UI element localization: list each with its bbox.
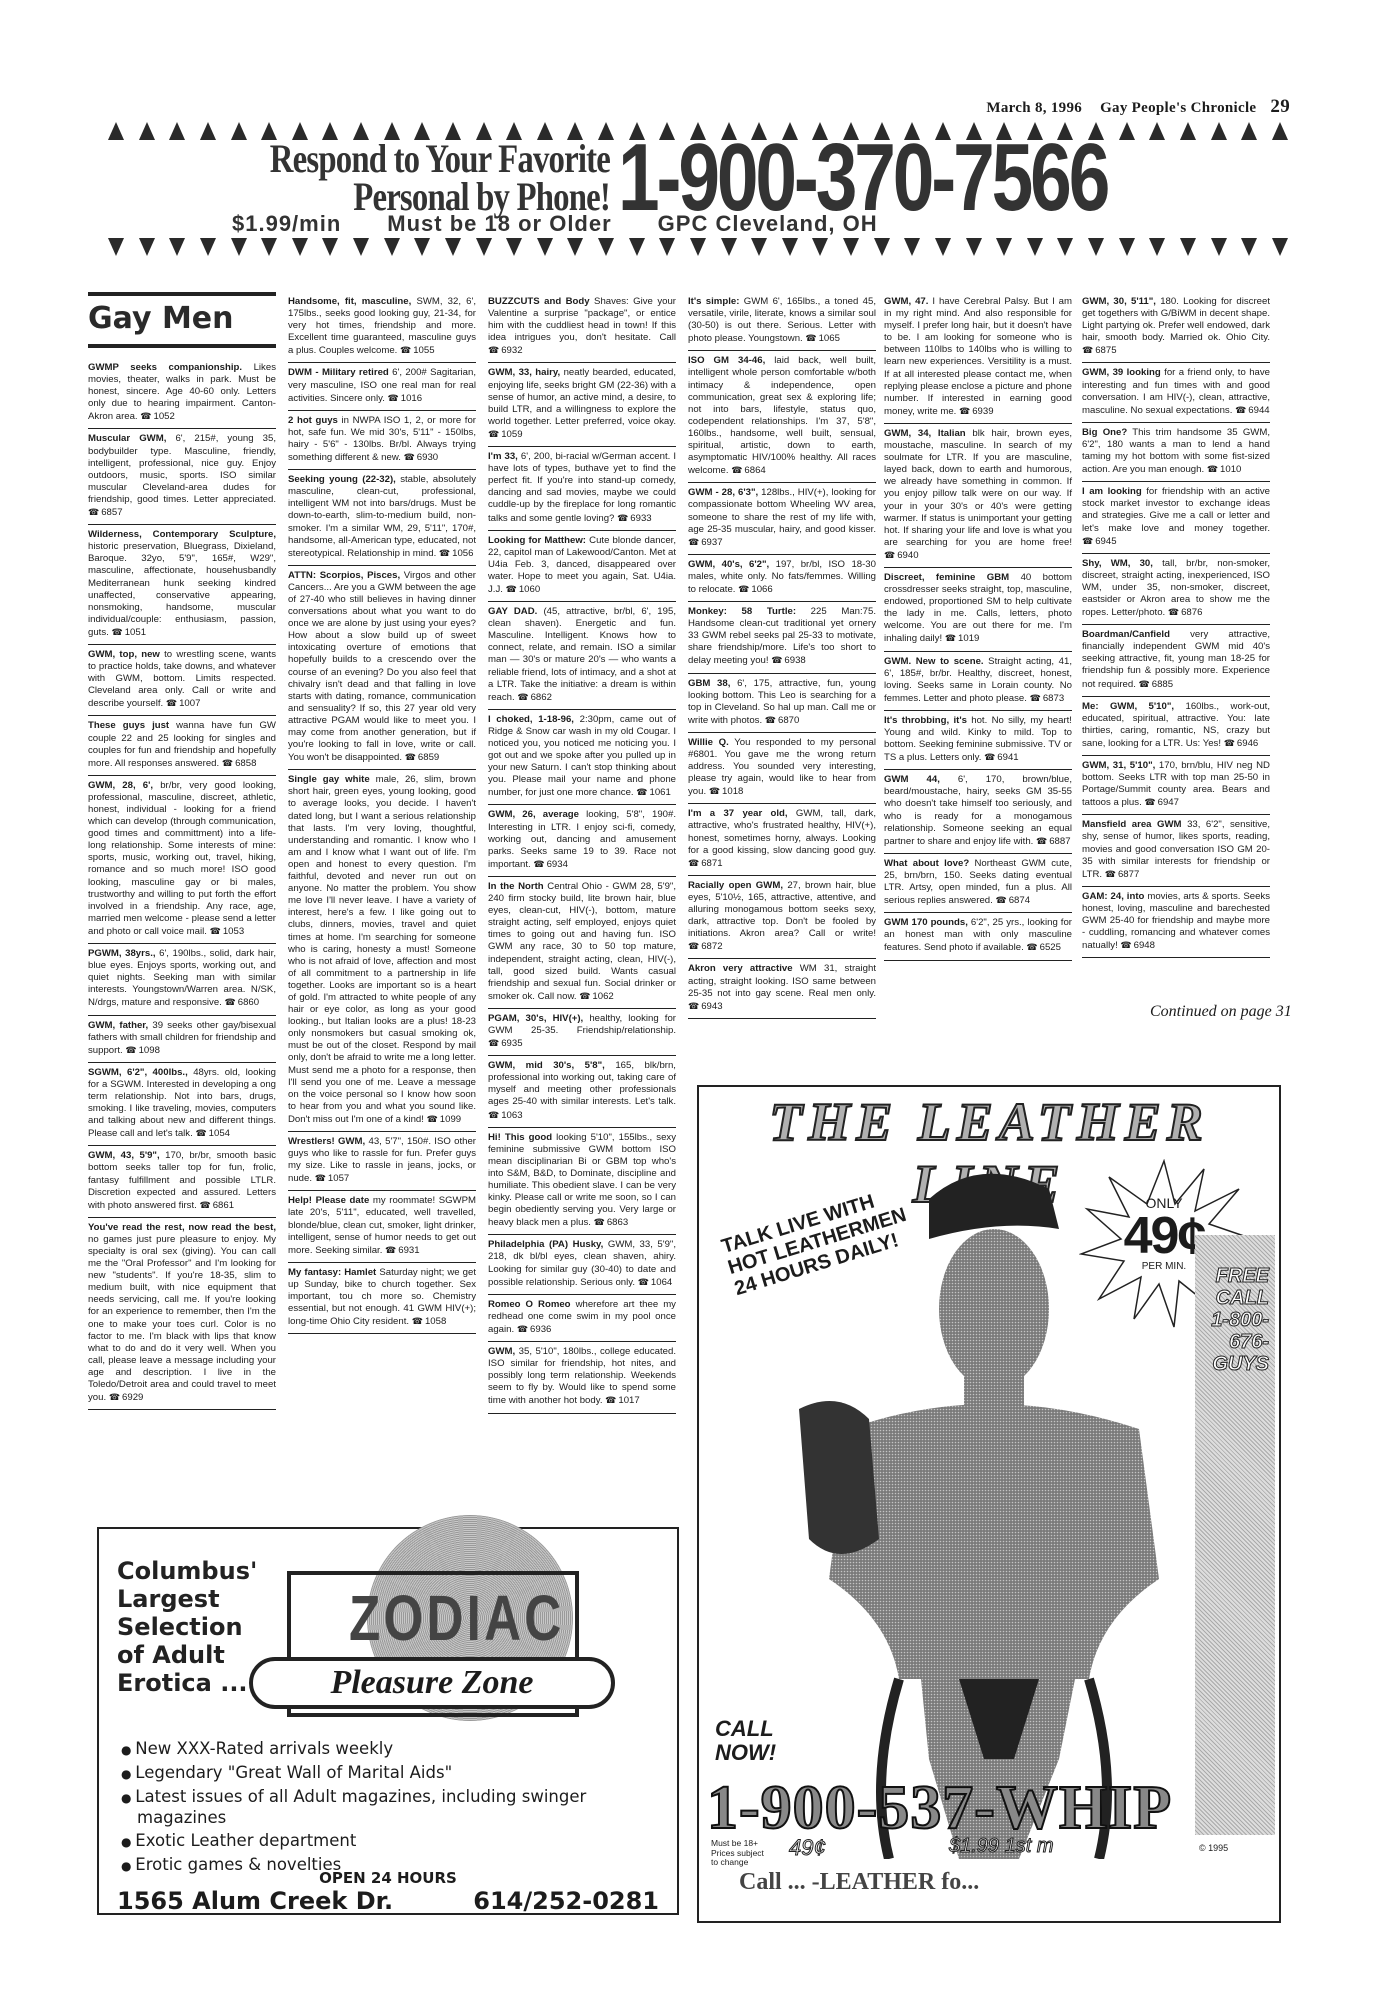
personal-ad: Discreet, feminine GBM 40 bottom crossdr… — [884, 568, 1072, 652]
triangle-up-icon — [1272, 122, 1288, 140]
store-phone[interactable]: 614/252-0281 — [473, 1887, 659, 1915]
ad-lead: ATTN: Scorpios, Pisces, — [288, 570, 400, 581]
personal-ad: ATTN: Scorpios, Pisces, Virgos and other… — [288, 566, 476, 771]
voice-box-number: 6930 — [417, 452, 438, 463]
triangle-down-icon — [1180, 238, 1196, 256]
voice-box-link[interactable]: ☎1065 — [805, 333, 840, 344]
triangle-down-icon — [200, 238, 216, 256]
voice-box-link[interactable]: ☎6939 — [959, 406, 994, 417]
triangle-down-icon — [1211, 238, 1227, 256]
voice-box-link[interactable]: ☎6945 — [1082, 536, 1117, 547]
phone-icon: ☎ — [688, 537, 699, 547]
personal-ad: I choked, 1-18-96, 2:30pm, came out of R… — [488, 710, 676, 806]
triangle-up-icon — [139, 122, 155, 140]
voice-box-link[interactable]: ☎1099 — [427, 1114, 462, 1125]
price-first-minute: $1.99 1st m — [949, 1835, 1054, 1858]
triangle-down-icon — [1241, 238, 1257, 256]
voice-box-link[interactable]: ☎6885 — [1139, 679, 1174, 690]
voice-box-link[interactable]: ☎6873 — [1030, 693, 1065, 704]
personal-ad: I am looking for friendship with an acti… — [1082, 482, 1270, 553]
phone-icon: ☎ — [1030, 693, 1041, 703]
ad-body: no games just pure pleasure to enjoy. My… — [88, 1234, 276, 1403]
voice-box-link[interactable]: ☎6874 — [995, 895, 1030, 906]
ad-body: 35, 5'10", 180lbs., college educated. IS… — [488, 1346, 676, 1406]
voice-box-number: 1019 — [958, 633, 979, 644]
triangle-down-icon — [506, 238, 522, 256]
voice-box-link[interactable]: ☎1010 — [1207, 464, 1242, 475]
voice-box-link[interactable]: ☎6887 — [1036, 836, 1071, 847]
feature-item: Latest issues of all Adult magazines, in… — [121, 1787, 677, 1828]
voice-box-link[interactable]: ☎6931 — [385, 1245, 420, 1256]
voice-box-number: 6939 — [972, 406, 993, 417]
triangle-down-icon — [108, 238, 124, 256]
personal-ad: Shy, WM, 30, tall, br/br, non-smoker, di… — [1082, 554, 1270, 625]
voice-box-number: 1056 — [452, 548, 473, 559]
ad-lead: GWMP seeks companionship. — [88, 362, 242, 373]
phone-icon: ☎ — [995, 895, 1006, 905]
phone-icon: ☎ — [1224, 738, 1235, 748]
voice-box-link[interactable]: ☎6932 — [488, 345, 523, 356]
voice-box-number: 1053 — [223, 926, 244, 937]
voice-box-number: 6948 — [1134, 940, 1155, 951]
voice-box-link[interactable]: ☎1055 — [400, 345, 435, 356]
triangle-down-icon — [629, 238, 645, 256]
ad-body: male, 26, slim, brown short hair, green … — [288, 774, 476, 1125]
phone-icon: ☎ — [199, 1200, 210, 1210]
phone-icon: ☎ — [400, 345, 411, 355]
personal-ad: In the North Central Ohio - GWM 28, 5'9"… — [488, 877, 676, 1009]
ad-lead: Muscular GWM, — [88, 433, 166, 444]
voice-box-link[interactable]: ☎1052 — [140, 411, 175, 422]
ad-body: I have Cerebral Palsy. But I am in my ri… — [884, 296, 1072, 417]
ad-body: laid back, well built, intelligent whole… — [688, 355, 876, 476]
ad-body: Virgos and other Cancers... Are you a GW… — [288, 570, 476, 763]
voice-box-link[interactable]: ☎6936 — [517, 1324, 552, 1335]
voice-box-link[interactable]: ☎1064 — [638, 1277, 673, 1288]
phone-icon: ☎ — [1207, 464, 1218, 474]
voice-box-link[interactable]: ☎6859 — [405, 752, 440, 763]
ad-lead: In the North — [488, 881, 544, 892]
triangle-down-icon — [414, 238, 430, 256]
ad-lead: GWM 44, — [884, 774, 940, 785]
ad-lead: GAM: 24, into — [1082, 891, 1144, 902]
ad-body: br/br, very good looking, professional, … — [88, 780, 276, 937]
ad-lead: GWM - 28, 6'3", — [688, 487, 758, 498]
voice-box-link[interactable]: ☎6946 — [1224, 738, 1259, 749]
voice-box-link[interactable]: ☎1057 — [315, 1173, 350, 1184]
ad-body: 2:30pm, came out of Ridge & Snow car was… — [488, 714, 676, 799]
triangle-up-icon — [1149, 122, 1165, 140]
voice-box-link[interactable]: ☎1066 — [738, 584, 773, 595]
ad-lead: I'm a 37 year old, — [688, 808, 788, 819]
triangle-down-icon — [567, 238, 583, 256]
ad-lead: It's throbbing, it's — [884, 715, 967, 726]
voice-box-link[interactable]: ☎1053 — [210, 926, 245, 937]
voice-box-link[interactable]: ☎6940 — [884, 550, 919, 561]
personal-ad: You've read the rest, now read the best,… — [88, 1218, 276, 1410]
ad-lead: Racially open GWM, — [688, 880, 783, 891]
voice-box-number: 6873 — [1043, 693, 1064, 704]
personal-ad: Handsome, fit, masculine, SWM, 32, 6', 1… — [288, 292, 476, 363]
section-title: Gay Men — [88, 292, 276, 348]
phone-icon: ☎ — [605, 1395, 616, 1405]
voice-box-number: 6864 — [744, 465, 765, 476]
voice-box-number: 6935 — [501, 1038, 522, 1049]
ad-lead: GWM, 47. — [884, 296, 928, 307]
triangle-down-icon — [1119, 238, 1135, 256]
personal-ad: It's throbbing, it's hot. No silly, my h… — [884, 711, 1072, 770]
ad-lead: GWM, 31, 5'10", — [1082, 760, 1155, 771]
ad-lead: GWM, mid 30's, 5'8", — [488, 1060, 605, 1071]
personal-ad: Help! Please date my roommate! SGWPM lat… — [288, 1191, 476, 1262]
age-notice: Must be 18 or Older — [387, 211, 611, 237]
voice-box-link[interactable]: ☎1018 — [709, 786, 744, 797]
ad-lead: What about love? — [884, 858, 969, 869]
voice-box-number: 6871 — [701, 858, 722, 869]
ad-lead: Wrestlers! GWM, — [288, 1136, 365, 1147]
ad-lead: Help! Please date — [288, 1195, 369, 1206]
personal-ad: Single gay white male, 26, slim, brown s… — [288, 770, 476, 1132]
feature-item: Exotic Leather department — [121, 1831, 677, 1852]
voice-box-number: 6877 — [1118, 869, 1139, 880]
voice-box-number: 6946 — [1237, 738, 1258, 749]
voice-box-link[interactable]: ☎6937 — [688, 537, 723, 548]
voice-box-link[interactable]: ☎1063 — [488, 1110, 523, 1121]
voice-box-link[interactable]: ☎6871 — [688, 858, 723, 869]
personal-ad: GWM, 47. I have Cerebral Palsy. But I am… — [884, 292, 1072, 424]
zodiac-advertisement: ZODIAC Pleasure Zone Columbus' Largest S… — [97, 1527, 679, 1915]
voice-box-link[interactable]: ☎6862 — [517, 692, 552, 703]
page-number: 29 — [1270, 96, 1290, 117]
voice-box-link[interactable]: ☎6857 — [88, 507, 123, 518]
voice-box-link[interactable]: ☎6872 — [688, 941, 723, 952]
voice-box-link[interactable]: ☎6877 — [1105, 869, 1140, 880]
issue-date: March 8, 1996 — [986, 100, 1082, 116]
voice-box-link[interactable]: ☎6944 — [1235, 405, 1270, 416]
banner-headline: Respond to Your Favorite Personal by Pho… — [200, 140, 610, 216]
ad-lead: GWM 170 pounds, — [884, 917, 968, 928]
triangle-down-icon — [1272, 238, 1288, 256]
personal-ad: I'm a 37 year old, GWM, tall, dark, attr… — [688, 804, 876, 875]
triangle-up-icon — [231, 122, 247, 140]
personal-ad: Seeking young (22-32), stable, absolutel… — [288, 470, 476, 566]
phone-icon: ☎ — [1026, 942, 1037, 952]
voice-box-link[interactable]: ☎6861 — [199, 1200, 234, 1211]
voice-box-number: 1052 — [154, 411, 175, 422]
personal-ad: GAM: 24, into movies, arts & sports. See… — [1082, 887, 1270, 958]
column-6: GWM, 30, 5'11", 180. Looking for discree… — [1082, 292, 1270, 958]
personal-ad: What about love? Northeast GWM cute, 25,… — [884, 854, 1072, 913]
voice-box-number: 6887 — [1049, 836, 1070, 847]
ad-body: stable, absolutely masculine, clean-cut,… — [288, 474, 476, 559]
voice-box-link[interactable]: ☎6935 — [488, 1038, 523, 1049]
voice-box-link[interactable]: ☎6934 — [533, 859, 568, 870]
ad-lead: Mansfield area GWM — [1082, 819, 1182, 830]
personal-ad: Hi! This good looking 5'10", 155lbs., se… — [488, 1128, 676, 1236]
ad-body: historic preservation, Bluegrass, Dixiel… — [88, 541, 276, 638]
ad-lead: GWM, 34, Italian — [884, 428, 966, 439]
voice-box-link[interactable]: ☎6933 — [617, 513, 652, 524]
phone-icon: ☎ — [1082, 536, 1093, 546]
personal-ad: GWM. New to scene. Straight acting, 41, … — [884, 652, 1072, 711]
personal-ad: It's simple: GWM 6', 165lbs., a toned 45… — [688, 292, 876, 351]
personal-ad: 2 hot guys in NWPA ISO 1, 2, or more for… — [288, 411, 476, 470]
phone-icon: ☎ — [412, 1316, 423, 1326]
voice-box-number: 1055 — [413, 345, 434, 356]
publication-name: Gay People's Chronicle — [1100, 100, 1256, 116]
fine-print: Must be 18+ Prices subject to change — [711, 1839, 764, 1868]
personal-ad: GWM 170 pounds, 6'2", 25 yrs., looking f… — [884, 913, 1072, 960]
personal-ad: GWM - 28, 6'3", 128lbs., HIV(+), looking… — [688, 483, 876, 554]
continued-notice[interactable]: Continued on page 31 — [1150, 1003, 1292, 1021]
ad-lead: Hi! This good — [488, 1132, 552, 1143]
personal-ad: DWM - Military retired 6', 200# Sagitari… — [288, 363, 476, 410]
location-text: GPC Cleveland, OH — [658, 211, 878, 237]
phone-icon: ☎ — [731, 465, 742, 475]
phone-icon: ☎ — [638, 1277, 649, 1287]
voice-box-link[interactable]: ☎1054 — [195, 1128, 230, 1139]
personal-ad: Philadelphia (PA) Husky, GWM, 33, 5'9", … — [488, 1235, 676, 1294]
voice-box-number: 1059 — [501, 429, 522, 440]
voice-box-link[interactable]: ☎1059 — [488, 429, 523, 440]
voice-box-link[interactable]: ☎6943 — [688, 1001, 723, 1012]
phone-icon: ☎ — [1105, 869, 1116, 879]
triangle-down-icon — [843, 238, 859, 256]
personal-ad: GWM, mid 30's, 5'8", 165, blk/brn, profe… — [488, 1056, 676, 1127]
personal-ad: Willie Q. You responded to my personal #… — [688, 733, 876, 804]
triangle-border-bottom — [108, 238, 1288, 256]
phone-icon: ☎ — [405, 752, 416, 762]
personal-ad: GWM, 34, Italian blk hair, brown eyes, m… — [884, 424, 1072, 568]
personal-ad: GWM, 35, 5'10", 180lbs., college educate… — [488, 1342, 676, 1413]
voice-box-number: 1051 — [125, 627, 146, 638]
personal-ad: Wilderness, Contemporary Sculpture, hist… — [88, 525, 276, 645]
phone-icon: ☎ — [111, 627, 122, 637]
ad-lead: I choked, 1-18-96, — [488, 714, 574, 725]
triangle-down-icon — [1149, 238, 1165, 256]
phone-icon: ☎ — [738, 584, 749, 594]
phone-icon: ☎ — [506, 584, 517, 594]
triangle-down-icon — [139, 238, 155, 256]
voice-box-link[interactable]: ☎6938 — [771, 655, 806, 666]
phone-icon: ☎ — [805, 333, 816, 343]
ad-lead: Me: GWM, 5'10", — [1082, 701, 1174, 712]
ad-lead: BUZZCUTS and Body — [488, 296, 590, 307]
voice-box-number: 6944 — [1248, 405, 1269, 416]
free-call-text[interactable]: FREE CALL 1-800- 676- GUYS — [1199, 1265, 1269, 1375]
ad-lead: PGWM, 38yrs., — [88, 948, 156, 959]
phone-icon: ☎ — [1168, 607, 1179, 617]
personal-ad: GWM 44, 6', 170, brown/blue, beard/moust… — [884, 770, 1072, 854]
ad-lead: Romeo O Romeo — [488, 1299, 571, 1310]
triangle-down-icon — [812, 238, 828, 256]
voice-box-number: 1060 — [519, 584, 540, 595]
phone-icon: ☎ — [315, 1173, 326, 1183]
personal-ad: GWM, father, 39 seeks other gay/bisexual… — [88, 1016, 276, 1063]
phone-icon: ☎ — [945, 633, 956, 643]
voice-box-link[interactable]: ☎6863 — [594, 1217, 629, 1228]
ad-lead: GWM, 26, average — [488, 809, 579, 820]
ad-lead: GWM, 43, 5'9", — [88, 1150, 160, 1161]
voice-box-number: 6861 — [213, 1200, 234, 1211]
phone-icon: ☎ — [636, 787, 647, 797]
ad-lead: Big One? — [1082, 427, 1127, 438]
personal-ad: GWMP seeks companionship. Likes movies, … — [88, 358, 276, 429]
phone-icon: ☎ — [488, 345, 499, 355]
voice-box-number: 1061 — [649, 787, 670, 798]
ad-lead: I'm 33, — [488, 451, 518, 462]
voice-box-link[interactable]: ☎6870 — [765, 715, 800, 726]
personal-ad: Me: GWM, 5'10", 160lbs., work-out, educa… — [1082, 697, 1270, 756]
ad-lead: GWM. New to scene. — [884, 656, 984, 667]
leather-line-phone[interactable]: 1-900-537-WHIP — [707, 1773, 1172, 1844]
ad-lead: GWM, 39 looking — [1082, 367, 1161, 378]
personal-ad: GWM, 26, average looking, 5'8", 190#. In… — [488, 805, 676, 876]
leather-line-advertisement: THE LEATHER LINE TALK LIVE WITH HOT LEAT… — [697, 1085, 1281, 1923]
voice-box-link[interactable]: ☎1007 — [166, 698, 201, 709]
voice-box-link[interactable]: ☎6525 — [1026, 942, 1061, 953]
phone-icon: ☎ — [488, 1110, 499, 1120]
personal-ad: GWM, 28, 6', br/br, very good looking, p… — [88, 776, 276, 944]
voice-box-number: 1058 — [425, 1316, 446, 1327]
rate-text: $1.99/min — [232, 211, 341, 237]
voice-box-link[interactable]: ☎6875 — [1082, 345, 1117, 356]
phone-icon: ☎ — [959, 406, 970, 416]
ad-lead: Wilderness, Contemporary Sculpture, — [88, 529, 276, 540]
banner-subline: $1.99/min Must be 18 or Older GPC Clevel… — [232, 211, 1292, 237]
voice-box-number: 6938 — [784, 655, 805, 666]
voice-box-number: 1017 — [618, 1395, 639, 1406]
voice-box-number: 6885 — [1152, 679, 1173, 690]
column-3: BUZZCUTS and Body Shaves: Give your Vale… — [488, 292, 676, 1414]
call-now-text: CALL NOW! — [715, 1717, 776, 1765]
ad-lead: GBM 38, — [688, 678, 730, 689]
phone-icon: ☎ — [517, 692, 528, 702]
personal-ad: GWM, 43, 5'9", 170, br/br, smooth basic … — [88, 1146, 276, 1217]
phone-icon: ☎ — [388, 393, 399, 403]
voice-box-link[interactable]: ☎1062 — [579, 991, 614, 1002]
phone-icon: ☎ — [488, 429, 499, 439]
voice-box-number: 1057 — [328, 1173, 349, 1184]
voice-box-link[interactable]: ☎6941 — [984, 752, 1019, 763]
personal-ad: ISO GM 34-46, laid back, well built, int… — [688, 351, 876, 483]
voice-box-number: 1007 — [179, 698, 200, 709]
phone-icon: ☎ — [225, 997, 236, 1007]
ad-lead: Handsome, fit, masculine, — [288, 296, 411, 307]
feature-item: New XXX-Rated arrivals weekly — [121, 1739, 677, 1760]
voice-box-link[interactable]: ☎1051 — [111, 627, 146, 638]
triangle-down-icon — [537, 238, 553, 256]
personal-ad: Big One? This trim handsome 35 GWM, 6'2"… — [1082, 423, 1270, 482]
personal-ad: Racially open GWM, 27, brown hair, blue … — [688, 876, 876, 960]
personal-ad: GAY DAD. (45, attractive, br/bl, 6', 195… — [488, 602, 676, 710]
zodiac-logo: ZODIAC — [349, 1581, 564, 1655]
ad-lead: Single gay white — [288, 774, 370, 785]
phone-icon: ☎ — [771, 655, 782, 665]
triangle-up-icon — [108, 122, 124, 140]
triangle-down-icon — [935, 238, 951, 256]
phone-icon: ☎ — [688, 858, 699, 868]
voice-box-link[interactable]: ☎6864 — [731, 465, 766, 476]
ad-lead: It's simple: — [688, 296, 739, 307]
triangle-down-icon — [1088, 238, 1104, 256]
ad-lead: I am looking — [1082, 486, 1142, 497]
ad-lead: GWM, — [488, 1346, 515, 1357]
voice-box-link[interactable]: ☎6858 — [222, 758, 257, 769]
personal-ad: PGAM, 30's, HIV(+), healthy, looking for… — [488, 1009, 676, 1056]
voice-box-number: 6940 — [897, 550, 918, 561]
phone-icon: ☎ — [579, 991, 590, 1001]
voice-box-link[interactable]: ☎6948 — [1120, 940, 1155, 951]
voice-box-link[interactable]: ☎1056 — [439, 548, 474, 559]
phone-icon: ☎ — [222, 758, 233, 768]
pleasure-zone-logo: Pleasure Zone — [249, 1657, 615, 1709]
voice-box-number: 6936 — [530, 1324, 551, 1335]
phone-icon: ☎ — [109, 1392, 120, 1402]
triangle-down-icon — [169, 238, 185, 256]
phone-icon: ☎ — [210, 926, 221, 936]
personal-ad: GBM 38, 6', 175, attractive, fun, young … — [688, 674, 876, 733]
triangle-down-icon — [231, 238, 247, 256]
voice-box-link[interactable]: ☎1019 — [945, 633, 980, 644]
voice-box-link[interactable]: ☎6930 — [404, 452, 439, 463]
voice-box-link[interactable]: ☎1017 — [605, 1395, 640, 1406]
leather-bottom-line: Call ... -LEATHER fo... — [739, 1869, 979, 1896]
voice-box-number: 1065 — [819, 333, 840, 344]
phone-icon: ☎ — [617, 513, 628, 523]
personal-ad: Romeo O Romeo wherefore art thee my redh… — [488, 1295, 676, 1342]
ad-lead: 2 hot guys — [288, 415, 338, 426]
phone-icon: ☎ — [125, 1045, 136, 1055]
voice-box-number: 6874 — [1009, 895, 1030, 906]
phone-icon: ☎ — [1144, 797, 1155, 807]
voice-box-link[interactable]: ☎6929 — [109, 1392, 144, 1403]
voice-box-link[interactable]: ☎1058 — [412, 1316, 447, 1327]
voice-box-link[interactable]: ☎1060 — [506, 584, 541, 595]
voice-box-link[interactable]: ☎1098 — [125, 1045, 160, 1056]
ad-lead: My fantasy: Hamlet — [288, 1267, 376, 1278]
ad-lead: Akron very attractive — [688, 963, 793, 974]
voice-box-number: 6933 — [630, 513, 651, 524]
personal-ad: Boardman/Canfield very attractive, finan… — [1082, 625, 1270, 696]
triangle-down-icon — [996, 238, 1012, 256]
ad-lead: Shy, WM, 30, — [1082, 558, 1153, 569]
voice-box-link[interactable]: ☎1061 — [636, 787, 671, 798]
personal-ad: Akron very attractive WM 31, straight ac… — [688, 959, 876, 1018]
voice-box-number: 6931 — [398, 1245, 419, 1256]
zodiac-headline: Columbus' Largest Selection of Adult Ero… — [117, 1557, 257, 1697]
copyright: © 1995 — [1199, 1843, 1228, 1853]
phone-icon: ☎ — [709, 786, 720, 796]
triangle-down-icon — [598, 238, 614, 256]
personal-ad: These guys just wanna have fun GW couple… — [88, 716, 276, 775]
voice-box-number: 1016 — [401, 393, 422, 404]
voice-box-link[interactable]: ☎6860 — [225, 997, 260, 1008]
voice-box-link[interactable]: ☎6876 — [1168, 607, 1203, 618]
voice-box-number: 6860 — [238, 997, 259, 1008]
voice-box-link[interactable]: ☎1016 — [388, 393, 423, 404]
voice-box-link[interactable]: ☎6947 — [1144, 797, 1179, 808]
phone-icon: ☎ — [427, 1114, 438, 1124]
phone-icon: ☎ — [1120, 940, 1131, 950]
triangle-down-icon — [353, 238, 369, 256]
triangle-up-icon — [200, 122, 216, 140]
voice-box-number: 6872 — [701, 941, 722, 952]
voice-box-number: 6875 — [1095, 345, 1116, 356]
phone-icon: ☎ — [884, 550, 895, 560]
voice-box-number: 6525 — [1040, 942, 1061, 953]
voice-box-number: 1010 — [1220, 464, 1241, 475]
